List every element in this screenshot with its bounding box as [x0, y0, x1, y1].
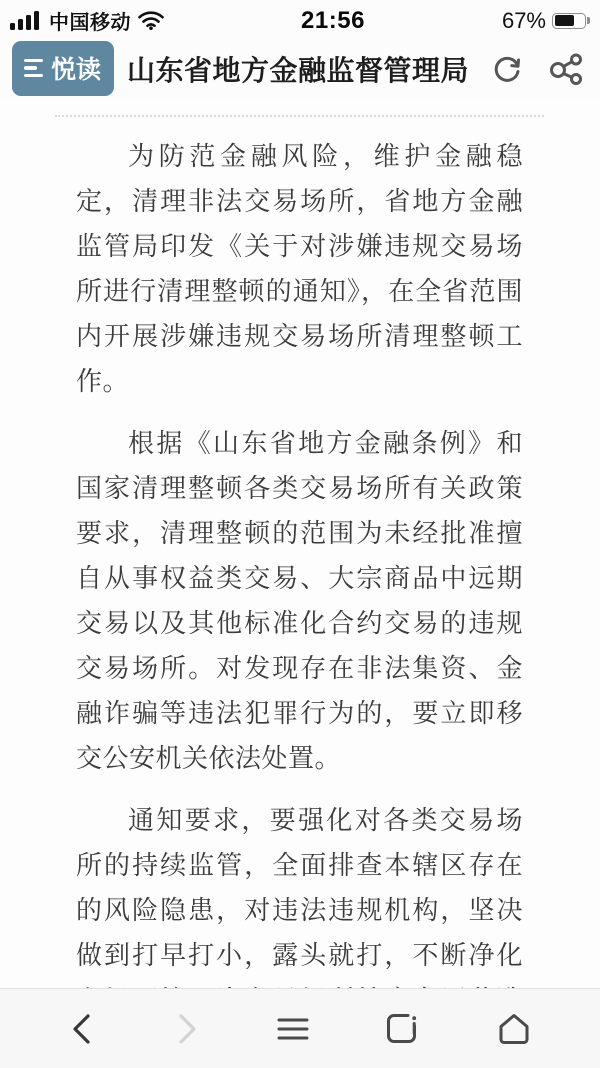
clock-label: 21:56: [301, 7, 365, 34]
share-icon: [548, 52, 584, 86]
home-icon: [495, 1011, 533, 1047]
status-right: 67%: [502, 8, 590, 34]
battery-icon: [552, 13, 590, 29]
article-body: 为防范金融风险，维护金融稳定，清理非法交易场所，省地方金融监管局印发《关于对涉嫌…: [76, 134, 523, 988]
reader-badge-label: 悦读: [51, 50, 101, 86]
reader-lines-icon: [24, 59, 43, 78]
tabs-button[interactable]: [378, 1005, 426, 1053]
header-actions: [490, 52, 584, 86]
article-content: 为防范金融风险，维护金融稳定，清理非法交易场所，省地方金融监管局印发《关于对涉嫌…: [0, 100, 600, 988]
forward-button[interactable]: [166, 1004, 208, 1054]
reader-mode-badge[interactable]: 悦读: [12, 41, 114, 96]
back-button[interactable]: [61, 1004, 103, 1054]
battery-percent-label: 67%: [502, 8, 546, 34]
refresh-button[interactable]: [490, 52, 524, 86]
carrier-label: 中国移动: [49, 6, 131, 35]
battery-fill: [555, 15, 574, 26]
chevron-right-icon: [172, 1010, 202, 1048]
menu-button[interactable]: [270, 1006, 316, 1052]
dotted-divider: [55, 115, 544, 117]
status-left: 中国移动: [10, 6, 164, 35]
chevron-left-icon: [67, 1010, 97, 1048]
article-paragraph: 为防范金融风险，维护金融稳定，清理非法交易场所，省地方金融监管局印发《关于对涉嫌…: [76, 134, 523, 404]
home-button[interactable]: [489, 1005, 539, 1053]
share-button[interactable]: [548, 52, 584, 86]
article-paragraph: 通知要求，要强化对各类交易场所的持续监管，全面排查本辖区存在的风险隐患，对违法违…: [76, 798, 523, 988]
signal-bars-icon: [10, 11, 42, 31]
page-title: 山东省地方金融监督管理局: [127, 49, 469, 89]
browser-toolbar: [0, 988, 600, 1068]
status-bar: 中国移动 21:56 67%: [0, 0, 600, 37]
hamburger-menu-icon: [276, 1012, 310, 1046]
article-paragraph: 根据《山东省地方金融条例》和国家清理整顿各类交易场所有关政策要求，清理整顿的范围…: [76, 421, 523, 781]
refresh-icon: [490, 52, 524, 86]
wifi-icon: [138, 11, 164, 30]
tabs-icon: [384, 1011, 420, 1047]
status-center: 21:56: [164, 7, 502, 35]
browser-header: 悦读 山东省地方金融监督管理局: [0, 37, 600, 100]
